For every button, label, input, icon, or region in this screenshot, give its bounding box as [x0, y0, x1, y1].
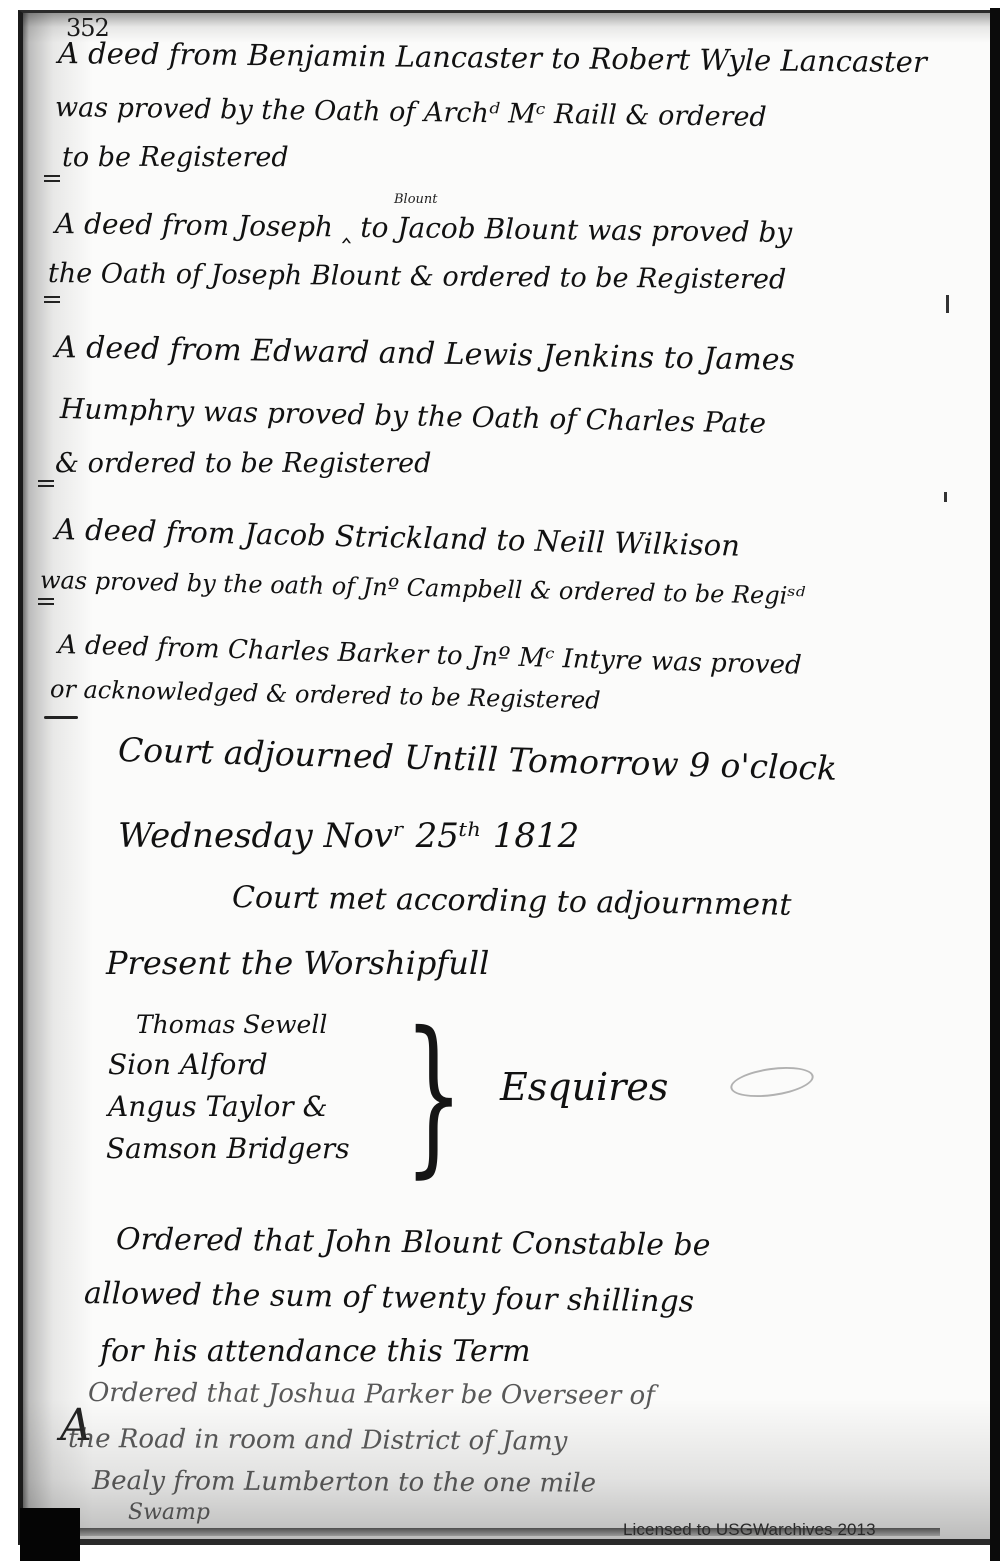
corner-shadow: [20, 1508, 80, 1561]
justice-1: Thomas Sewell: [136, 1010, 327, 1039]
entry-1-line-3: to be Registered: [62, 142, 289, 173]
justice-2: Sion Alford: [108, 1048, 268, 1081]
order-1-line-3: for his attendance this Term: [100, 1334, 531, 1369]
entry-3-line-3: & ordered to be Registered: [55, 448, 431, 479]
license-watermark: Licensed to USGWarchives 2013: [623, 1520, 876, 1540]
entry-separator: [44, 175, 60, 182]
order-1-line-1: Ordered that John Blount Constable be: [116, 1222, 711, 1263]
scan-right-edge: [990, 8, 1000, 1561]
curly-brace-glyph: }: [404, 1010, 463, 1180]
ink-mark: [946, 295, 949, 313]
order-2-line-4: Swamp: [128, 1500, 210, 1525]
entry-separator: [44, 716, 78, 719]
scan-top-margin: [0, 0, 1000, 6]
justice-3: Angus Taylor &: [108, 1090, 328, 1123]
session-date: Wednesday Novʳ 25ᵗʰ 1812: [118, 816, 579, 856]
justice-4: Samson Bridgers: [106, 1132, 350, 1165]
justices-title: Esquires: [500, 1065, 668, 1109]
present-heading: Present the Worshipfull: [106, 944, 489, 982]
ink-mark: [944, 492, 947, 502]
interlineation-blount: Blount: [394, 192, 438, 207]
entry-separator: [44, 296, 60, 303]
entry-separator: [38, 480, 54, 487]
entry-2-line-2: the Oath of Joseph Blount & ordered to b…: [48, 258, 786, 295]
order-2-line-3: Bealy from Lumberton to the one mile: [92, 1466, 596, 1499]
entry-separator: [38, 598, 54, 605]
order-2-line-2: the Road in room and District of Jamy: [68, 1424, 568, 1457]
order-2-line-1: Ordered that Joshua Parker be Overseer o…: [88, 1378, 655, 1411]
scanned-document: 352 A deed from Benjamin Lancaster to Ro…: [0, 0, 1000, 1561]
